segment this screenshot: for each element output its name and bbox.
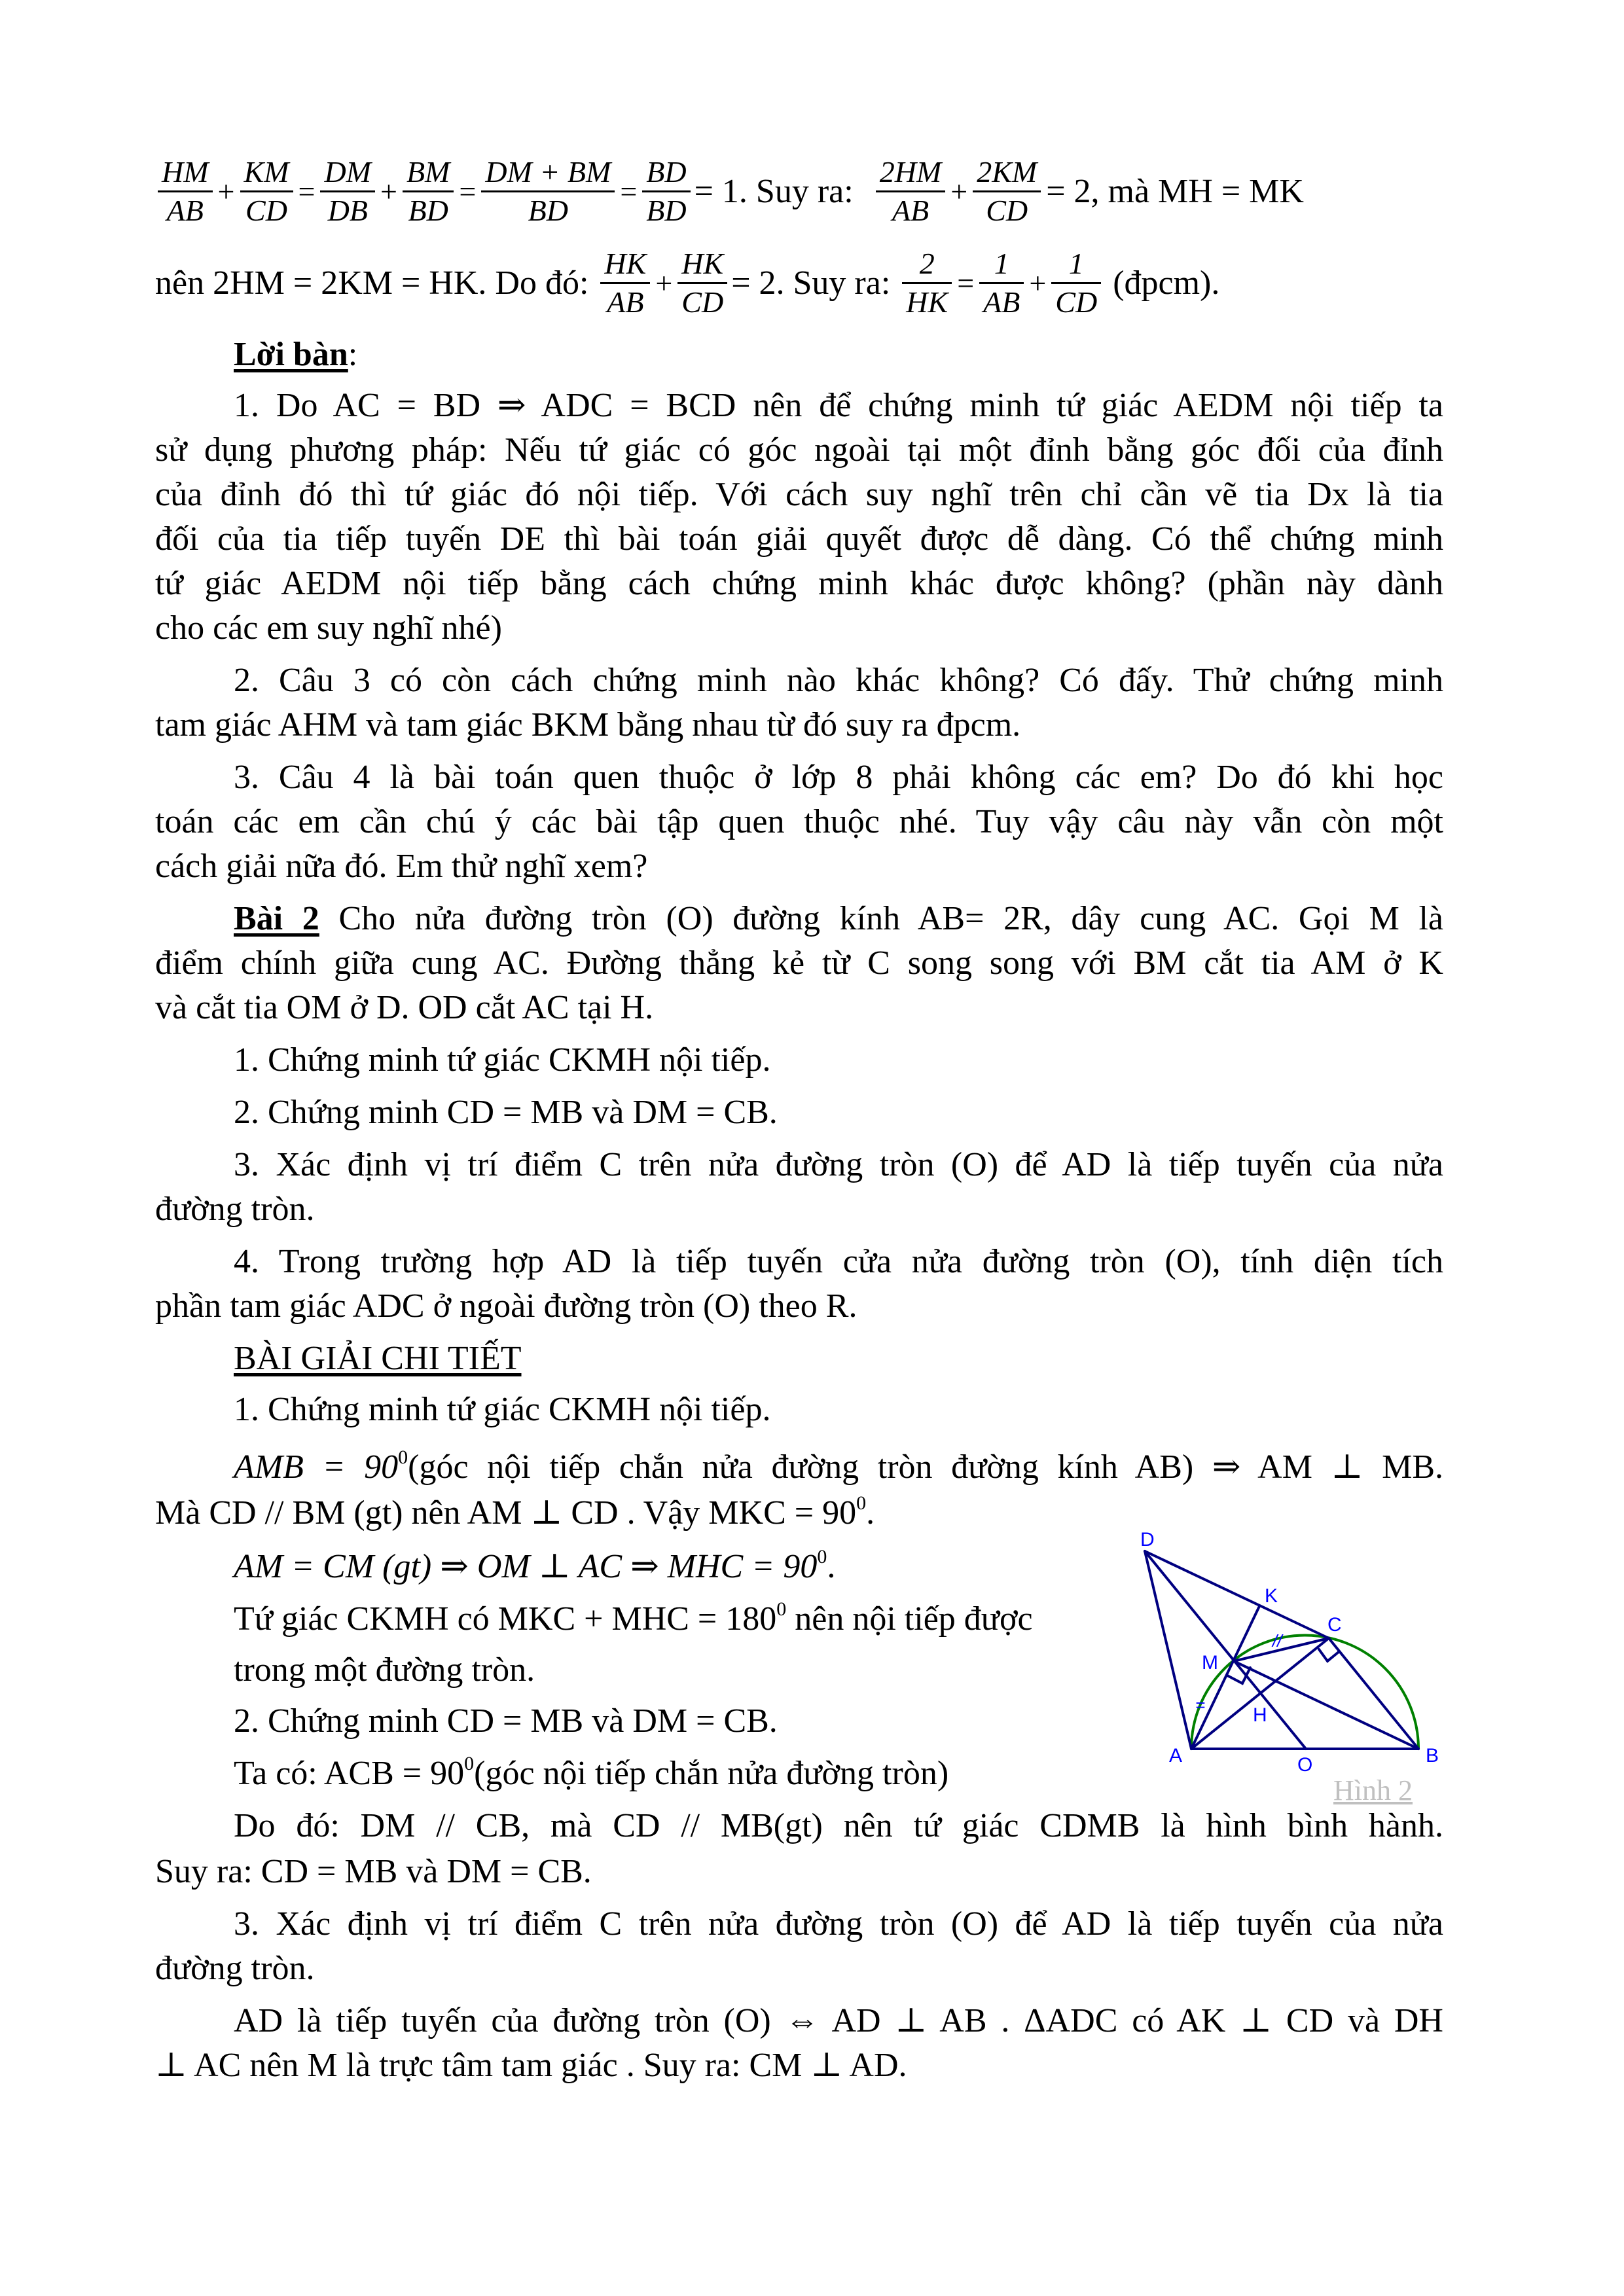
paragraph-line: đối của tia tiếp tuyến DE thì bài toán g… [155,520,1443,559]
fraction: HMAB [158,154,213,229]
paragraph-line: cho các em suy nghĩ nhé) [155,609,502,648]
label-D: D [1140,1529,1155,1551]
paragraph-line: và cắt tia OM ở D. OD cắt AC tại H. [155,988,653,1028]
fraction: DM + BMBD [481,154,615,229]
equation-line-2: nên 2HM = 2KM = HK. Do đó: HKAB + HKCD =… [155,237,1219,329]
fraction: 2KMCD [973,154,1041,229]
label-O: O [1297,1754,1312,1776]
paragraph-line: Tứ giác CKMH có MKC + MHC = 1800 nên nội… [155,1600,1033,1639]
paragraph-line: cách giải nữa đó. Em thử nghĩ xem? [155,847,647,886]
paragraph-line: Ta có: ACB = 900(góc nội tiếp chắn nửa đ… [155,1754,948,1793]
label-H: H [1253,1704,1267,1726]
fraction: 2HMAB [876,154,946,229]
figure-caption: Hình 2 [1333,1774,1413,1807]
fraction: 2HK [902,245,952,321]
equation-line-1: HMAB + KMCD = DMDB + BMBD = DM + BMBD = … [155,145,1304,237]
label-C: C [1327,1614,1342,1636]
paragraph-line: trong một đường tròn. [155,1651,535,1690]
label-B: B [1426,1745,1439,1767]
paragraph-line: 1. Chứng minh tứ giác CKMH nội tiếp. [155,1390,770,1429]
paragraph-line: đường tròn. [155,1190,314,1229]
fraction: KMCD [240,154,293,229]
fraction: 1CD [1051,245,1101,321]
paragraph-line: sử dụng phương pháp: Nếu tứ giác có góc … [155,431,1443,470]
paragraph-line: 2. Câu 3 có còn cách chứng minh nào khác… [155,661,1443,700]
paragraph-line: tam giác AHM và tam giác BKM bằng nhau t… [155,706,1020,745]
paragraph-line: toán các em cần chú ý các bài tập quen t… [155,802,1443,842]
paragraph-line: ⊥ AC nên M là trực tâm tam giác . Suy ra… [155,2046,907,2085]
paragraph-line: AD là tiếp tuyến của đường tròn (O) ⇔ AD… [155,2001,1443,2041]
loi-ban-heading: Lời bàn: [155,335,357,374]
paragraph-line: tứ giác AEDM nội tiếp bằng cách chứng mi… [155,564,1443,603]
paragraph-line: Suy ra: CD = MB và DM = CB. [155,1852,592,1892]
parallel-mark: // [1271,1631,1284,1651]
paragraph-line: của đỉnh đó thì tứ giác đó nội tiếp. Với… [155,475,1443,514]
bai2-intro: Bài 2 Cho nửa đường tròn (O) đường kính … [155,899,1443,939]
fraction: HKCD [677,245,727,321]
fraction: BDBD [642,154,690,229]
paragraph-line: 1. Do AC = BD ⇒ ADC = BCD nên để chứng m… [155,386,1443,425]
question-item: 1. Chứng minh tứ giác CKMH nội tiếp. [155,1041,770,1080]
question-item: 4. Trong trường hợp AD là tiếp tuyến cửa… [155,1242,1443,1282]
equal-mark: = [1195,1695,1205,1715]
fraction: BMBD [403,154,454,229]
solution-heading: BÀI GIẢI CHI TIẾT [155,1339,522,1378]
paragraph-line: AM = CM (gt) ⇒ OM ⊥ AC ⇒ MHC = 900. [155,1547,835,1587]
question-item: 2. Chứng minh CD = MB và DM = CB. [155,1093,778,1132]
label-K: K [1265,1585,1278,1607]
paragraph-line: đường tròn. [155,1949,314,1988]
paragraph-line: 2. Chứng minh CD = MB và DM = CB. [155,1702,778,1741]
fraction: HKAB [600,245,650,321]
paragraph-line: AMB = 900(góc nội tiếp chắn nửa đường tr… [155,1448,1443,1487]
question-item: 3. Xác định vị trí điểm C trên nửa đường… [155,1145,1443,1185]
fraction: 1AB [979,245,1024,321]
paragraph-line: 3. Câu 4 là bài toán quen thuộc ở lớp 8 … [155,758,1443,797]
figure-svg: D K C M H A O B = // [1126,1525,1460,1813]
paragraph-line: 3. Xác định vị trí điểm C trên nửa đường… [155,1905,1443,1944]
paragraph-line: phần tam giác ADC ở ngoài đường tròn (O)… [155,1287,857,1326]
label-A: A [1169,1745,1182,1767]
label-M: M [1202,1652,1218,1674]
fraction: DMDB [320,154,375,229]
bai2-heading: Bài 2 [234,900,319,937]
paragraph-line: điểm chính giữa cung AC. Đường thẳng kẻ … [155,944,1443,983]
paragraph-line: Mà CD // BM (gt) nên AM ⊥ CD . Vậy MKC =… [155,1494,875,1533]
geometry-figure: D K C M H A O B = // [1126,1525,1460,1813]
